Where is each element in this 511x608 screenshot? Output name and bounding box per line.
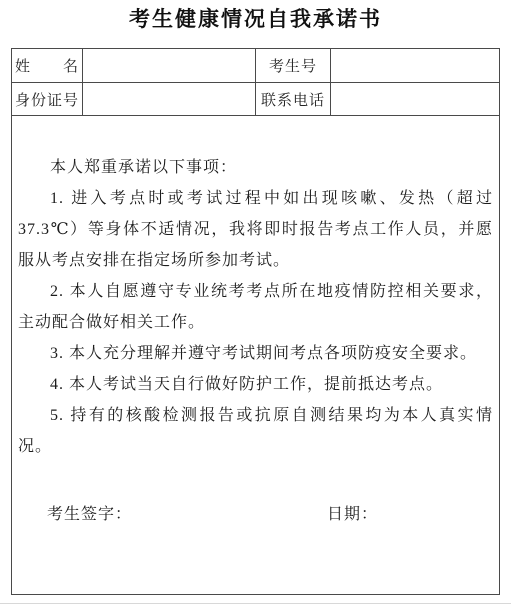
page-bottom-edge	[0, 603, 511, 604]
commitment-item-5: 5. 持有的核酸检测报告或抗原自测结果均为本人真实情况。	[18, 400, 493, 462]
phone-label: 联系电话	[256, 83, 331, 116]
candidate-signature-label: 考生签字：	[47, 499, 327, 530]
commitment-item-4: 4. 本人考试当天自行做好防护工作，提前抵达考点。	[18, 369, 493, 400]
phone-value-cell	[331, 83, 499, 116]
form-border-box: 姓 名 考生号 身份证号 联系电话 本人郑重承诺以下事项： 1. 进入考点时或考…	[11, 48, 500, 595]
commitment-item-2: 2. 本人自愿遵守专业统考考点所在地疫情防控相关要求，主动配合做好相关工作。	[18, 276, 493, 338]
date-label: 日期：	[327, 506, 378, 523]
candidate-info-table: 姓 名 考生号 身份证号 联系电话	[12, 49, 499, 116]
commitment-body: 本人郑重承诺以下事项： 1. 进入考点时或考试过程中如出现咳嗽、发热（超过 37…	[12, 116, 499, 530]
name-value-cell	[83, 49, 256, 83]
candidate-number-label: 考生号	[256, 49, 331, 83]
document-page: 考生健康情况自我承诺书 姓 名 考生号 身份证号 联系电话 本人郑重承诺以下事项…	[0, 0, 511, 608]
commitment-item-1: 1. 进入考点时或考试过程中如出现咳嗽、发热（超过 37.3℃）等身体不适情况，…	[18, 183, 493, 276]
commitment-intro: 本人郑重承诺以下事项：	[18, 152, 493, 183]
commitment-item-3: 3. 本人充分理解并遵守考试期间考点各项防疫安全要求。	[18, 338, 493, 369]
id-number-label: 身份证号	[12, 83, 83, 116]
name-label: 姓 名	[12, 49, 83, 83]
document-title: 考生健康情况自我承诺书	[0, 6, 511, 34]
id-number-value-cell	[83, 83, 256, 116]
signature-row: 考生签字：日期：	[18, 499, 493, 530]
candidate-number-value-cell	[331, 49, 499, 83]
